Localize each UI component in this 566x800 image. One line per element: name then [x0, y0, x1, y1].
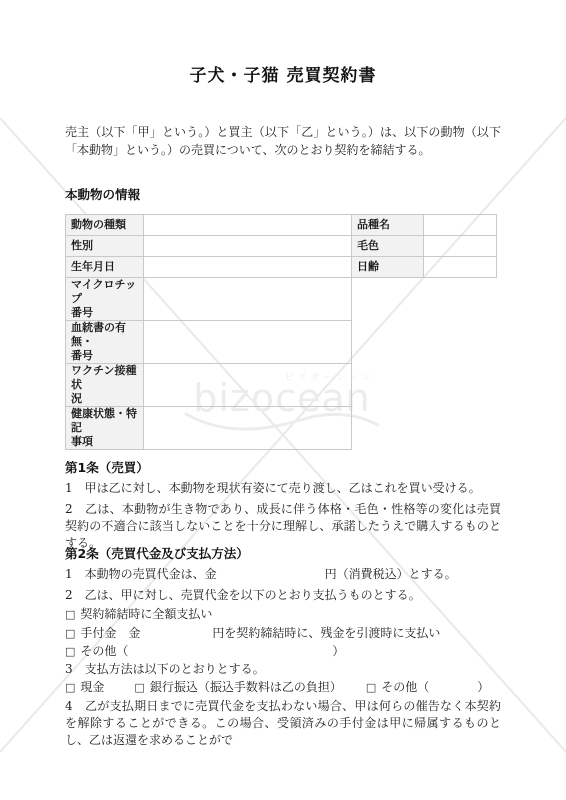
field-label: 日齢 [352, 257, 424, 278]
field-value [144, 364, 352, 407]
checkbox-icon: □ [134, 681, 144, 694]
article-2-item-3: 3 支払方法は以下のとおりとする。 [65, 661, 501, 678]
field-label: 性別 [66, 236, 144, 257]
checkbox-icon: □ [65, 627, 75, 640]
animal-info-table: 動物の種類 品種名 性別 毛色 生年月日 日齢 [65, 214, 501, 450]
animal-info-heading: 本動物の情報 [65, 186, 501, 203]
checkbox-icon: □ [65, 608, 75, 621]
method-option: □現金 [65, 679, 104, 696]
field-label: 血統書の有無・ 番号 [66, 321, 144, 364]
field-value [144, 257, 352, 278]
field-label: ワクチン接種状 況 [66, 364, 144, 407]
method-option: □その他（ ） [366, 679, 489, 696]
field-value [144, 215, 352, 236]
payment-option-label: 手付金 金 円を契約締結時に、残金を引渡時に支払い [80, 626, 440, 640]
checkbox-icon: □ [65, 645, 75, 658]
method-option-label: その他（ ） [381, 680, 489, 694]
table-row: 動物の種類 品種名 [66, 215, 497, 236]
table-row: 性別 毛色 [66, 236, 497, 257]
field-value [144, 407, 352, 450]
document-page: ビズオーシャン bizocean 子犬・子猫 売買契約書 売主（以下「甲」という… [0, 0, 566, 800]
article-2-section: 第2条（売買代金及び支払方法） 1 本動物の売買代金は、金 円（消費税込）とする… [65, 545, 501, 749]
field-value [144, 236, 352, 257]
payment-option-label: その他（ ） [80, 644, 344, 658]
method-option: □銀行振込（振込手数料は乙の負担） [134, 679, 341, 696]
checkbox-icon: □ [366, 681, 376, 694]
animal-info-table-top: 動物の種類 品種名 性別 毛色 生年月日 日齢 [65, 214, 497, 278]
payment-option-row: □その他（ ） [65, 643, 501, 660]
field-label: マイクロチップ 番号 [66, 278, 144, 321]
checkbox-icon: □ [65, 681, 75, 694]
field-label: 品種名 [352, 215, 424, 236]
payment-option-label: 契約締結時に全額支払い [80, 607, 212, 621]
document-content: 子犬・子猫 売買契約書 売主（以下「甲」という。）と買主（以下「乙」という。）は… [0, 0, 566, 800]
article-1-heading: 第1条（売買） [65, 459, 501, 476]
field-label: 健康状態・特記 事項 [66, 407, 144, 450]
method-option-label: 現金 [80, 680, 104, 694]
article-2-heading: 第2条（売買代金及び支払方法） [65, 545, 501, 562]
field-label: 毛色 [352, 236, 424, 257]
payment-option-row: □契約締結時に全額支払い [65, 606, 501, 623]
table-row: 健康状態・特記 事項 [66, 407, 352, 450]
table-row: 血統書の有無・ 番号 [66, 321, 352, 364]
field-value [424, 236, 497, 257]
payment-method-row: □現金□銀行振込（振込手数料は乙の負担）□その他（ ） [65, 679, 501, 696]
table-row: ワクチン接種状 況 [66, 364, 352, 407]
article-1-item-1: 1 甲は乙に対し、本動物を現状有姿にて売り渡し、乙はこれを買い受ける。 [65, 480, 501, 497]
article-2-item-4: 4 乙が支払期日までに売買代金を支払わない場合、甲は何らの催告なく本契約を解除す… [65, 698, 501, 749]
article-2-item-1: 1 本動物の売買代金は、金 円（消費税込）とする。 [65, 566, 501, 583]
article-1-section: 第1条（売買） 1 甲は乙に対し、本動物を現状有姿にて売り渡し、乙はこれを買い受… [65, 459, 501, 552]
payment-option-row: □手付金 金 円を契約締結時に、残金を引渡時に支払い [65, 625, 501, 642]
field-value [144, 321, 352, 364]
method-option-label: 銀行振込（振込手数料は乙の負担） [150, 680, 342, 694]
animal-info-table-bottom: マイクロチップ 番号 血統書の有無・ 番号 ワクチン接種状 況 健康状態・特記 … [65, 277, 352, 450]
field-label: 動物の種類 [66, 215, 144, 236]
field-value [424, 215, 497, 236]
field-label: 生年月日 [66, 257, 144, 278]
table-row: マイクロチップ 番号 [66, 278, 352, 321]
field-value [424, 257, 497, 278]
table-row: 生年月日 日齢 [66, 257, 497, 278]
article-2-item-2: 2 乙は、甲に対し、売買代金を以下のとおり支払うものとする。 [65, 587, 501, 604]
document-title: 子犬・子猫 売買契約書 [65, 64, 501, 88]
intro-paragraph: 売主（以下「甲」という。）と買主（以下「乙」という。）は、以下の動物（以下「本動… [65, 124, 501, 159]
field-value [144, 278, 352, 321]
